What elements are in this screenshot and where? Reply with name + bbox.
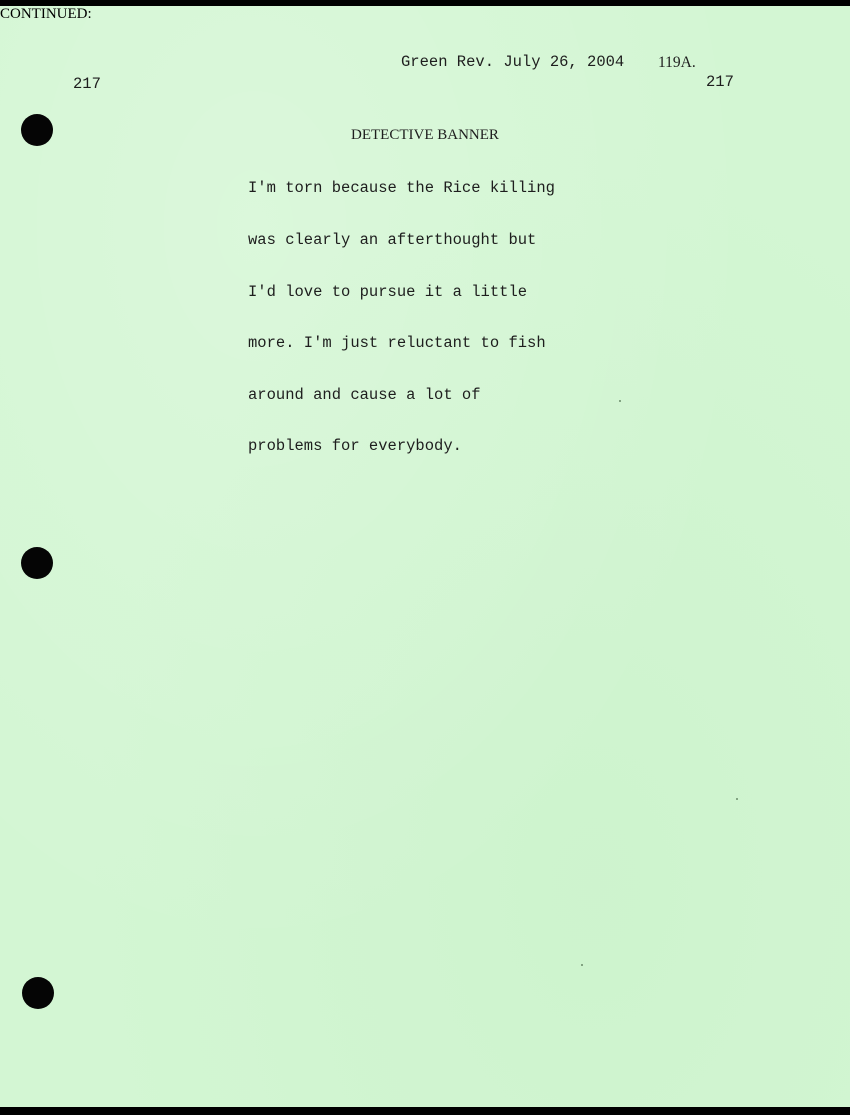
binder-hole-middle (21, 547, 53, 579)
page-number: 119A. (658, 54, 696, 71)
dialogue-text: I'm torn because the Rice killing was cl… (248, 146, 555, 490)
binder-hole-top (21, 114, 53, 146)
scene-number-right: 217 (706, 74, 734, 91)
continued-label: CONTINUED: (0, 6, 850, 23)
binder-hole-bottom (22, 977, 54, 1009)
dialogue-line: I'd love to pursue it a little (248, 284, 555, 301)
dialogue-line: problems for everybody. (248, 438, 555, 455)
dialogue-line: I'm torn because the Rice killing (248, 180, 555, 197)
character-name: DETECTIVE BANNER (351, 127, 499, 144)
revision-label: Green Rev. July 26, 2004 (401, 54, 624, 71)
dialogue-line: around and cause a lot of (248, 387, 555, 404)
paper-speck (581, 964, 583, 966)
script-page: Green Rev. July 26, 2004 119A. 217 CONTI… (0, 6, 850, 1107)
paper-speck (736, 798, 738, 800)
dialogue-line: more. I'm just reluctant to fish (248, 335, 555, 352)
dialogue-line: was clearly an afterthought but (248, 232, 555, 249)
scene-number-left: 217 (73, 76, 101, 93)
paper-speck (619, 400, 621, 402)
